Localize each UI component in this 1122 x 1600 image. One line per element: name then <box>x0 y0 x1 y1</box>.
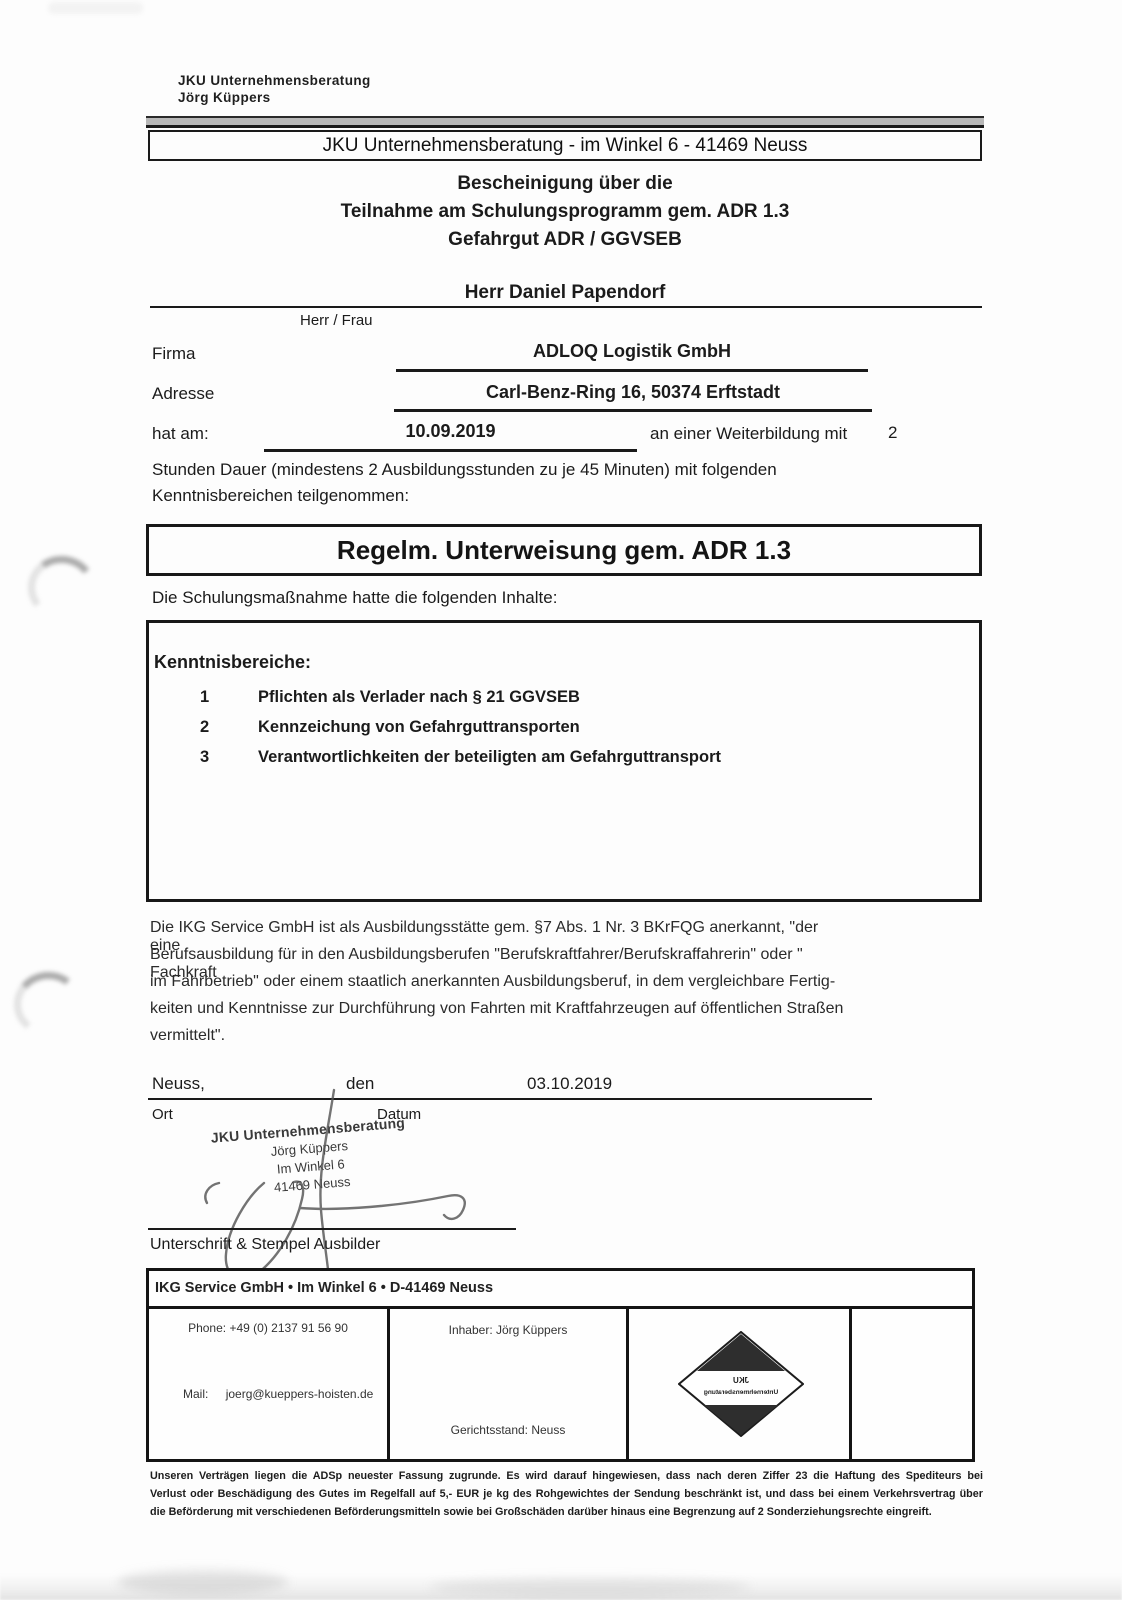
letterhead-company: JKU Unternehmensberatung <box>178 73 371 88</box>
doc-title-line1: Bescheinigung über die <box>146 173 984 195</box>
doc-title-line3: Gefahrgut ADR / GGVSEB <box>146 229 984 251</box>
name-underline <box>150 306 982 308</box>
doc-title-line2: Teilnahme am Schulungsprogramm gem. ADR … <box>146 201 984 223</box>
ort-value: Neuss, <box>152 1074 205 1094</box>
gerichtsstand-line: Gerichtsstand: Neuss <box>390 1423 626 1437</box>
date-underline <box>264 449 637 452</box>
duration-line2: Kenntnisbereichen teilgenommen: <box>152 486 409 506</box>
diamond-text-company: Unternehmensberatung <box>704 1389 778 1396</box>
knowledge-heading: Kenntnisbereiche: <box>154 652 311 673</box>
inhaber-line: Inhaber: Jörg Küppers <box>390 1323 626 1337</box>
ort-caption: Ort <box>152 1106 173 1123</box>
signature-caption: Unterschrift & Stempel Ausbilder <box>150 1236 380 1254</box>
company-stamp: JKU Unternehmensberatung Jörg Küppers Im… <box>193 1113 428 1201</box>
weiterbildung-text: an einer Weiterbildung mit <box>650 424 847 444</box>
mail-label: Mail: <box>183 1387 208 1401</box>
item-text: Pflichten als Verlader nach § 21 GGVSEB <box>258 688 580 707</box>
firma-underline <box>396 369 868 372</box>
accreditation-line: keiten und Kenntnisse zur Durchführung v… <box>150 1000 850 1018</box>
duration-line1: Stunden Dauer (mindestens 2 Ausbildungss… <box>152 460 777 480</box>
adresse-label: Adresse <box>152 384 214 404</box>
date-row-underline <box>148 1098 872 1100</box>
accreditation-line: im Fahrbetrieb" oder einem staatlich ane… <box>150 973 850 991</box>
footer-cell-logo: JKU Unternehmensberatung <box>629 1309 852 1459</box>
legal-line: die Beförderung mit verschiedenen Beförd… <box>150 1506 983 1518</box>
phone-label: Phone: <box>188 1321 226 1335</box>
header-bar: JKU Unternehmensberatung - im Winkel 6 -… <box>146 116 984 161</box>
datum-value: 03.10.2019 <box>527 1074 612 1094</box>
jku-diamond-logo: JKU Unternehmensberatung <box>678 1331 804 1437</box>
scan-smudge <box>48 2 143 14</box>
footer-table-header: IKG Service GmbH • Im Winkel 6 • D-41469… <box>149 1271 972 1309</box>
signature-underline <box>148 1228 516 1230</box>
mail-line: Mail: joerg@kueppers-hoisten.de <box>183 1387 373 1401</box>
knowledge-item: 2 Kennzeichung von Gefahrguttransporten <box>146 718 976 742</box>
name-caption: Herr / Frau <box>300 312 373 329</box>
footer-cell-owner: Inhaber: Jörg Küppers Gerichtsstand: Neu… <box>390 1309 629 1459</box>
knowledge-item: 1 Pflichten als Verlader nach § 21 GGVSE… <box>146 688 976 712</box>
footer-cell-empty <box>852 1309 972 1459</box>
scan-edge-shadow <box>0 1574 1122 1600</box>
item-number: 3 <box>200 748 209 767</box>
firma-label: Firma <box>152 344 195 364</box>
header-gray-strip <box>146 116 984 128</box>
footer-table: IKG Service GmbH • Im Winkel 6 • D-41469… <box>146 1268 975 1462</box>
hat-am-label: hat am: <box>152 424 209 444</box>
phone-value: +49 (0) 2137 91 56 90 <box>229 1321 347 1335</box>
legal-line: Unseren Verträgen liegen die ADSp neuest… <box>150 1470 983 1482</box>
letterhead-owner: Jörg Küppers <box>178 90 271 105</box>
adresse-value: Carl-Benz-Ring 16, 50374 Erftstadt <box>394 382 872 403</box>
knowledge-item: 3 Verantwortlichkeiten der beteiligten a… <box>146 748 976 772</box>
diamond-text-jku: JKU <box>733 1376 749 1385</box>
den-label: den <box>346 1074 374 1094</box>
adresse-underline <box>394 409 872 412</box>
certificate-page: JKU Unternehmensberatung Jörg Küppers JK… <box>0 0 1122 1600</box>
punch-hole-shadow <box>24 552 100 625</box>
contents-intro: Die Schulungsmaßnahme hatte die folgende… <box>152 588 557 608</box>
mail-value: joerg@kueppers-hoisten.de <box>226 1387 374 1401</box>
item-number: 2 <box>200 718 209 737</box>
item-text: Verantwortlichkeiten der beteiligten am … <box>258 748 721 767</box>
training-date: 10.09.2019 <box>264 421 637 442</box>
item-number: 1 <box>200 688 209 707</box>
participant-name: Herr Daniel Papendorf <box>146 282 984 304</box>
firma-value: ADLOQ Logistik GmbH <box>396 341 868 362</box>
footer-cell-contact: Phone: +49 (0) 2137 91 56 90 Mail: joerg… <box>149 1309 390 1459</box>
punch-hole-shadow <box>11 969 85 1040</box>
legal-line: Verlust oder Beschädigung des Gutes im R… <box>150 1488 983 1500</box>
phone-line: Phone: +49 (0) 2137 91 56 90 <box>149 1321 387 1335</box>
item-text: Kennzeichung von Gefahrguttransporten <box>258 718 580 737</box>
header-title: JKU Unternehmensberatung - im Winkel 6 -… <box>148 130 982 161</box>
hours-value: 2 <box>888 423 897 443</box>
accreditation-line: vermittelt". <box>150 1027 850 1045</box>
course-title-box: Regelm. Unterweisung gem. ADR 1.3 <box>146 524 982 576</box>
footer-table-body: Phone: +49 (0) 2137 91 56 90 Mail: joerg… <box>149 1309 972 1459</box>
